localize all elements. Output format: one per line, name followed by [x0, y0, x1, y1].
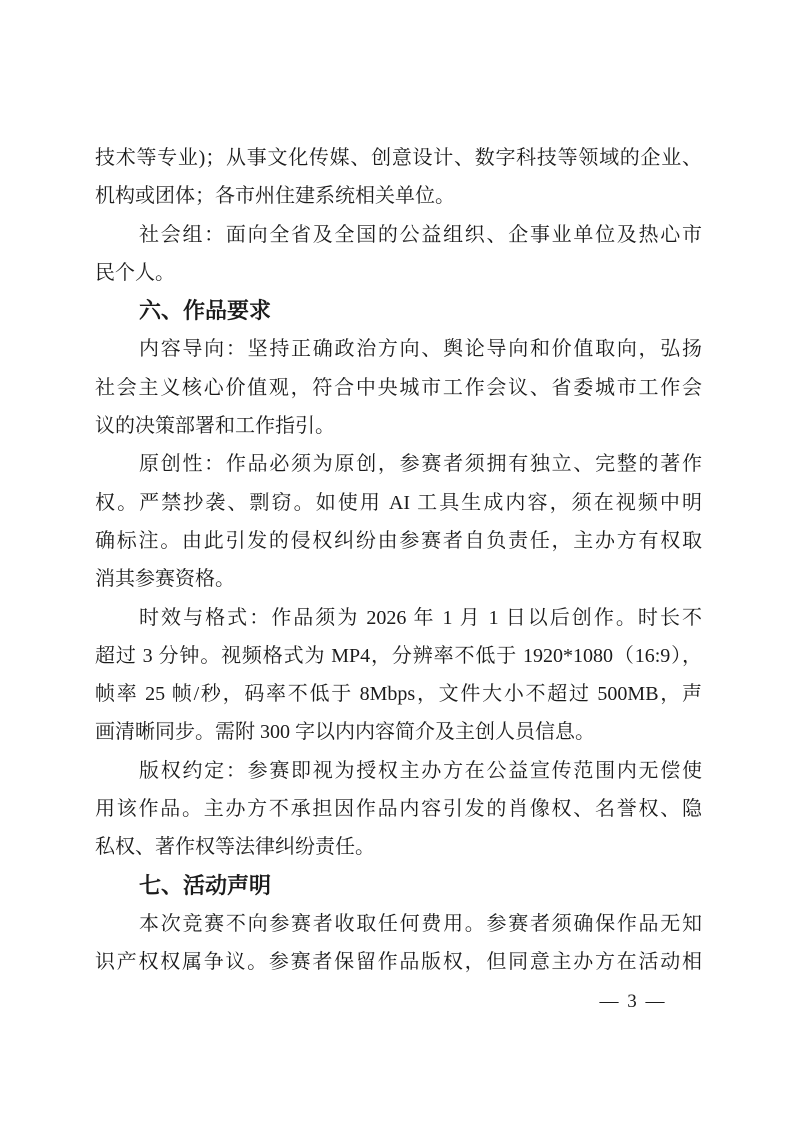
text-line: 用该作品。主办方不承担因作品内容引发的肖像权、名誉权、隐	[95, 790, 702, 828]
page-number: — 3 —	[588, 991, 678, 1013]
text-line: 原创性：作品必须为原创，参赛者须拥有独立、完整的著作	[95, 445, 702, 483]
text-line: 超过 3 分钟。视频格式为 MP4，分辨率不低于 1920*1080（16:9）…	[95, 637, 702, 675]
section-heading-activity-statement: 七、活动声明	[95, 867, 702, 905]
text-line: 机构或团体；各市州住建系统相关单位。	[95, 177, 702, 215]
text-line: 社会主义核心价值观，符合中央城市工作会议、省委城市工作会	[95, 369, 702, 407]
text-line: 本次竞赛不向参赛者收取任何费用。参赛者须确保作品无知	[95, 905, 702, 943]
text-line: 技术等专业)；从事文化传媒、创意设计、数字科技等领域的企业、	[95, 139, 702, 177]
text-line: 版权约定：参赛即视为授权主办方在公益宣传范围内无偿使	[95, 752, 702, 790]
document-text-block: 技术等专业)；从事文化传媒、创意设计、数字科技等领域的企业、 机构或团体；各市州…	[95, 139, 702, 982]
text-line: 识产权权属争议。参赛者保留作品版权，但同意主办方在活动相	[95, 943, 702, 981]
text-line: 议的决策部署和工作指引。	[95, 407, 702, 445]
text-line: 私权、著作权等法律纠纷责任。	[95, 828, 702, 866]
text-line: 画清晰同步。需附 300 字以内内容简介及主创人员信息。	[95, 713, 702, 751]
text-line: 确标注。由此引发的侵权纠纷由参赛者自负责任，主办方有权取	[95, 522, 702, 560]
text-line: 时效与格式：作品须为 2026 年 1 月 1 日以后创作。时长不	[95, 599, 702, 637]
text-line: 社会组：面向全省及全国的公益组织、企事业单位及热心市	[95, 216, 702, 254]
text-line: 民个人。	[95, 254, 702, 292]
section-heading-works-requirements: 六、作品要求	[95, 292, 702, 330]
document-page: 技术等专业)；从事文化传媒、创意设计、数字科技等领域的企业、 机构或团体；各市州…	[0, 0, 794, 1123]
text-line: 消其参赛资格。	[95, 560, 702, 598]
text-line: 内容导向：坚持正确政治方向、舆论导向和价值取向，弘扬	[95, 330, 702, 368]
text-line: 权。严禁抄袭、剽窃。如使用 AI 工具生成内容，须在视频中明	[95, 484, 702, 522]
text-line: 帧率 25 帧/秒，码率不低于 8Mbps，文件大小不超过 500MB，声	[95, 675, 702, 713]
